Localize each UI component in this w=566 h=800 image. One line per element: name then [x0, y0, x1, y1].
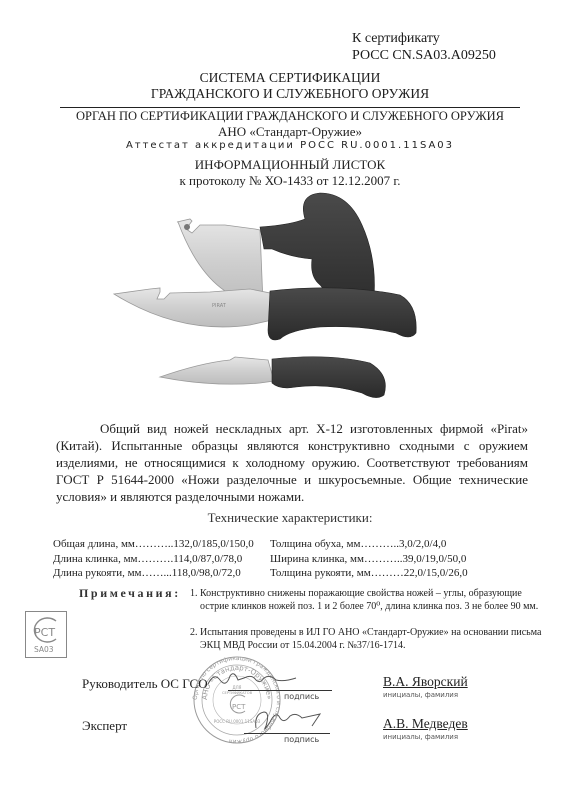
svg-text:РСТ: РСТ [232, 703, 246, 711]
pct-mark-icon: РСТ SA03 [26, 612, 66, 657]
system-line2: ГРАЖДАНСКОГО И СЛУЖЕБНОГО ОРУЖИЯ [60, 86, 520, 102]
info-sheet-heading: ИНФОРМАЦИОННЫЙ ЛИСТОК [150, 157, 430, 173]
certification-system-header: СИСТЕМА СЕРТИФИКАЦИИ ГРАЖДАНСКОГО И СЛУЖ… [60, 70, 520, 102]
name-caption-head: инициалы, фамилия [383, 691, 458, 699]
spec-row: Ширина клинка, мм………..39,0/19,0/50,0 [270, 552, 468, 567]
signature-line-head [228, 690, 332, 691]
knife-2: PIRAT [114, 288, 416, 340]
signer-role-head: Руководитель ОС ГСО [82, 676, 208, 692]
signature-expert [250, 704, 330, 736]
signer-name-expert: А.В. Медведев [383, 716, 468, 732]
header-divider [60, 107, 520, 108]
blade-marking: PIRAT [212, 303, 227, 309]
spec-row: Толщина рукояти, мм………22,0/15,0/26,0 [270, 566, 468, 581]
signer-name-head: В.А. Яворский [383, 674, 468, 690]
specs-left-column: Общая длина, мм………..132,0/185,0/150,0 Дл… [53, 537, 254, 581]
certificate-reference: К сертификату РОСС CN.SA03.A09250 [352, 30, 496, 64]
certificate-number: РОСС CN.SA03.A09250 [352, 47, 496, 64]
spec-row: Толщина обуха, мм………..3,0/2,0/4,0 [270, 537, 468, 552]
system-line1: СИСТЕМА СЕРТИФИКАЦИИ [60, 70, 520, 86]
handwritten-signature-icon [250, 704, 330, 736]
spec-row: Длина клинка, мм……….114,0/87,0/78,0 [53, 552, 254, 567]
description-paragraph: Общий вид ножей нескладных арт. Х-12 изг… [56, 420, 528, 505]
spec-row: Длина рукояти, мм……...118,0/98,0/72,0 [53, 566, 254, 581]
name-caption-expert: инициалы, фамилия [383, 733, 458, 741]
svg-text:СЕРТИФИКАТОВ: СЕРТИФИКАТОВ [222, 691, 253, 695]
handwritten-signature-icon [204, 670, 304, 690]
certificate-ref-line1: К сертификату [352, 30, 496, 47]
signature-caption-expert: подпись [284, 735, 319, 744]
note-2: 2. Испытания проведены в ИЛ ГО АНО «Стан… [190, 626, 545, 652]
svg-text:РСТ: РСТ [34, 626, 55, 639]
svg-text:SA03: SA03 [34, 645, 54, 654]
knives-illustration: PIRAT [100, 185, 460, 400]
organ-name: ОРГАН ПО СЕРТИФИКАЦИИ ГРАЖДАНСКОГО И СЛУ… [60, 109, 520, 124]
spec-row: Общая длина, мм………..132,0/185,0/150,0 [53, 537, 254, 552]
signature-line-expert [244, 733, 330, 734]
specs-title: Технические характеристики: [200, 510, 380, 526]
knives-photo: PIRAT [100, 185, 460, 400]
specs-right-column: Толщина обуха, мм………..3,0/2,0/4,0 Ширина… [270, 537, 468, 581]
org-name: АНО «Стандарт-Оружие» [60, 124, 520, 139]
knife-3 [160, 357, 385, 398]
certification-body: ОРГАН ПО СЕРТИФИКАЦИИ ГРАЖДАНСКОГО И СЛУ… [60, 109, 520, 153]
signer-role-expert: Эксперт [82, 718, 127, 734]
note-1: 1. Конструктивно снижены поражающие свой… [190, 587, 545, 613]
pct-certification-logo: РСТ SA03 [25, 611, 67, 658]
description-text: Общий вид ножей нескладных арт. Х-12 изг… [56, 421, 528, 504]
signature-head [204, 670, 304, 690]
accreditation: Аттестат аккредитации РОСС RU.0001.11SA0… [60, 139, 520, 153]
notes-label: Примечания: [79, 586, 181, 601]
signature-caption-head: подпись [284, 692, 319, 701]
